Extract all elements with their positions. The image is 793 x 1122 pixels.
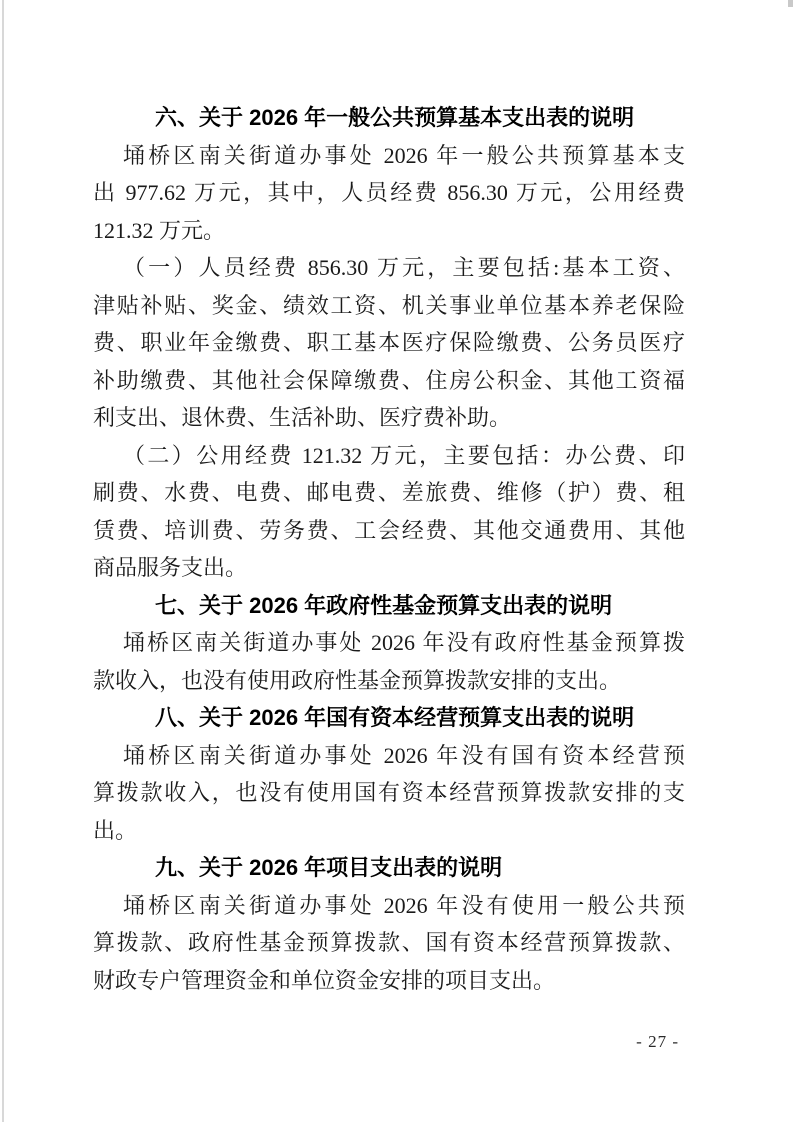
text-line: 埇桥区南关街道办事处 2026 年一般公共预算基本支 <box>93 137 685 175</box>
document-content: 六、关于 2026 年一般公共预算基本支出表的说明 埇桥区南关街道办事处 202… <box>93 99 685 999</box>
section-heading-7: 七、关于 2026 年政府性基金预算支出表的说明 <box>93 587 685 625</box>
text-line: 补助缴费、其他社会保障缴费、住房公积金、其他工资福 <box>93 362 685 400</box>
page-corner-artifact <box>788 0 793 7</box>
section-heading-6: 六、关于 2026 年一般公共预算基本支出表的说明 <box>93 99 685 137</box>
text-line: 刷费、水费、电费、邮电费、差旅费、维修（护）费、租 <box>93 474 685 512</box>
text-line: 费、职业年金缴费、职工基本医疗保险缴费、公务员医疗 <box>93 324 685 362</box>
text-line: 算拨款收入，也没有使用国有资本经营预算拨款安排的支 <box>93 774 685 812</box>
section-heading-9: 九、关于 2026 年项目支出表的说明 <box>93 849 685 887</box>
text-line: 算拨款、政府性基金预算拨款、国有资本经营预算拨款、 <box>93 924 685 962</box>
text-line: 埇桥区南关街道办事处 2026 年没有政府性基金预算拨 <box>93 624 685 662</box>
page-edge-line <box>2 0 4 1122</box>
page-number: - 27 - <box>93 1031 685 1053</box>
text-line: 赁费、培训费、劳务费、工会经费、其他交通费用、其他 <box>93 512 685 550</box>
text-line: （二）公用经费 121.32 万元，主要包括：办公费、印 <box>93 437 685 475</box>
text-line: 商品服务支出。 <box>93 549 685 587</box>
text-line: 出 977.62 万元，其中，人员经费 856.30 万元，公用经费 <box>93 174 685 212</box>
text-line: （一）人员经费 856.30 万元，主要包括:基本工资、 <box>93 249 685 287</box>
text-line: 津贴补贴、奖金、绩效工资、机关事业单位基本养老保险 <box>93 287 685 325</box>
section-heading-8: 八、关于 2026 年国有资本经营预算支出表的说明 <box>93 699 685 737</box>
text-line: 财政专户管理资金和单位资金安排的项目支出。 <box>93 962 685 1000</box>
text-line: 利支出、退休费、生活补助、医疗费补助。 <box>93 399 685 437</box>
text-line: 出。 <box>93 812 685 850</box>
text-line: 埇桥区南关街道办事处 2026 年没有国有资本经营预 <box>93 737 685 775</box>
text-line: 121.32 万元。 <box>93 212 685 250</box>
text-line: 埇桥区南关街道办事处 2026 年没有使用一般公共预 <box>93 887 685 925</box>
text-line: 款收入，也没有使用政府性基金预算拨款安排的支出。 <box>93 662 685 700</box>
document-page: 六、关于 2026 年一般公共预算基本支出表的说明 埇桥区南关街道办事处 202… <box>0 0 793 1122</box>
